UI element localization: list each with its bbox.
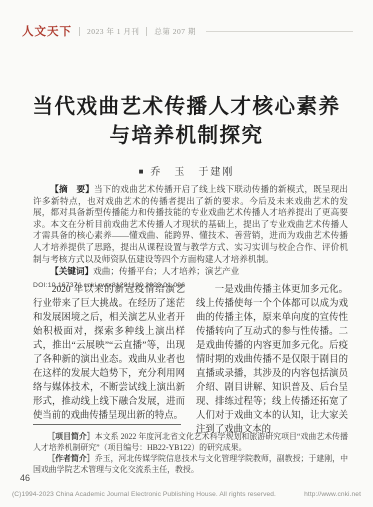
header-divider [146,27,147,36]
footnotes-block: ［项目简介］本文系 2022 年度河北省文化艺术科学规划和旅游研究项目“戏曲艺术… [33,431,348,475]
body-columns: 2020 年以来的新冠疫情给演艺行业带来了巨大挑战。在经历了迷茫和发展困境之后，… [33,283,348,437]
author-names: 乔 玉 于建刚 [150,167,234,178]
page-header: 人文天下 2023 年 1 月刊 总第 207 期 [22,23,353,39]
abstract-paragraph: 【摘 要】当下的戏曲艺术传播开启了线上线下联动传播的新模式，既呈现出许多新特点，… [33,184,348,265]
body-column-right: 一是戏曲传播主体更加多元化。线上传播使每一个个体都可以成为戏曲的传播主体，原来单… [196,283,348,437]
body-paragraph-right: 一是戏曲传播主体更加多元化。线上传播使每一个个体都可以成为戏曲的传播主体，原来单… [196,283,348,437]
issue-date: 2023 年 1 月刊 [87,26,139,37]
footnote-project-label: ［项目简介］ [47,432,95,441]
abstract-block: 【摘 要】当下的戏曲艺术传播开启了线上线下联动传播的新模式，既呈现出许多新特点，… [33,184,348,291]
keywords-label: 【关键词】 [50,266,93,276]
keywords-paragraph: 【关键词】戏曲；传播平台；人才培养；演艺产业 [33,266,348,278]
footnote-author: ［作者简介］乔玉，河北传媒学院信息技术与文化管理学院教师，副教授；于建刚，中国戏… [33,453,348,475]
article-title-line2: 与培养机制探究 [0,121,373,150]
article-title: 当代戏曲艺术传播人才核心素养 与培养机制探究 [0,92,373,150]
footnote-author-label: ［作者简介］ [47,454,95,463]
body-paragraph-left: 2020 年以来的新冠疫情给演艺行业带来了巨大挑战。在经历了迷茫和发展困境之后，… [33,283,185,423]
footnote-project: ［项目简介］本文系 2022 年度河北省文化艺术科学规划和旅游研究项目“戏曲艺术… [33,431,348,453]
copyright-text: (C)1994-2023 China Academic Journal Elec… [12,491,276,498]
abstract-text: 当下的戏曲艺术传播开启了线上线下联动传播的新模式，既呈现出许多新特点，也对戏曲艺… [33,184,348,264]
issue-number: 总第 207 期 [154,26,196,37]
author-marker: ■ [139,167,146,176]
copyright-url: http://www.cnki.net [304,491,361,498]
page-number: 46 [20,473,30,483]
keywords-text: 戏曲；传播平台；人才培养；演艺产业 [93,266,239,276]
journal-logo: 人文天下 [22,23,72,39]
footnote-rule [33,424,181,425]
authors-line: ■乔 玉 于建刚 [0,163,373,178]
body-column-left: 2020 年以来的新冠疫情给演艺行业带来了巨大挑战。在经历了迷茫和发展困境之后，… [33,283,185,437]
article-title-line1: 当代戏曲艺术传播人才核心素养 [0,92,373,121]
journal-page: 人文天下 2023 年 1 月刊 总第 207 期 当代戏曲艺术传播人才核心素养… [0,0,373,507]
copyright-line: (C)1994-2023 China Academic Journal Elec… [12,491,361,498]
abstract-label: 【摘 要】 [50,184,94,194]
header-rule [206,31,353,32]
header-divider [79,27,80,36]
title-block: 当代戏曲艺术传播人才核心素养 与培养机制探究 ■乔 玉 于建刚 [0,92,373,178]
